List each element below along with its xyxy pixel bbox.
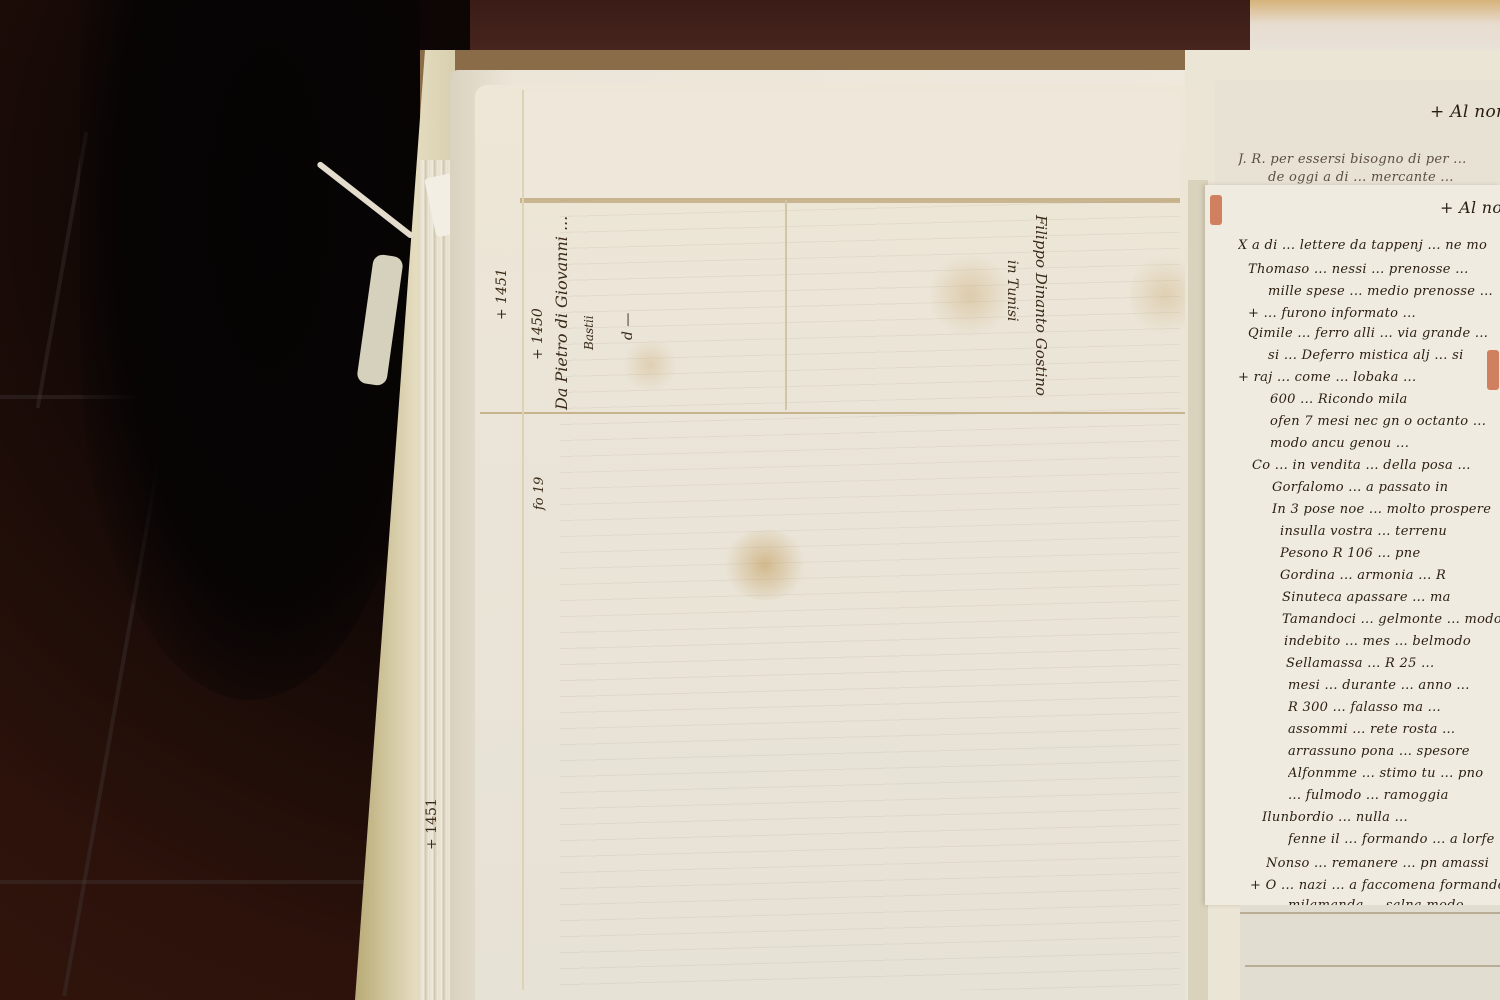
letter-line: Sellamassa ... R 25 ... (1286, 656, 1500, 671)
letter-line: Gordina ... armonia ... R (1280, 568, 1500, 583)
water-stain (930, 250, 1010, 340)
letter-line: ofen 7 mesi nec gn o octanto ... (1270, 414, 1500, 429)
letter-line: arrassuno pona ... spesore (1288, 744, 1500, 759)
letter-line: ... fulmodo ... ramoggia (1288, 788, 1500, 803)
letter-line: si ... Deferro mistica alj ... si (1268, 348, 1500, 363)
upper-letter-line: de oggi a di ... mercante ... (1268, 170, 1500, 185)
letter-top-fold (520, 90, 1180, 203)
letter-line: fenne il ... formando ... a lorfe (1288, 832, 1500, 847)
letter-line: mille spese ... medio prenosse ... (1268, 284, 1500, 299)
letter-line: R 300 ... falasso ma ... (1288, 700, 1500, 715)
annotation-sender-address: Da Pietro di Giovanni ... (552, 216, 571, 410)
torn-sheet-below (1240, 905, 1500, 1000)
annotation-year-1451: + 1451 (494, 268, 510, 320)
floor-tile-grout (0, 880, 400, 884)
letter-line: Thomaso ... nessi ... prenosse ... (1248, 262, 1500, 277)
letter-line: modo ancu genou ... (1270, 436, 1500, 451)
letter-line: Ilunbordio ... nulla ... (1262, 810, 1500, 825)
faint-text-lines (560, 200, 1180, 990)
fold-line (480, 412, 1200, 414)
letter-line: Nonso ... remanere ... pn amassi (1266, 856, 1500, 871)
letter-line: Tamandoci ... gelmonte ... modo (1282, 612, 1500, 627)
letter-line: mesi ... durante ... anno ... (1288, 678, 1500, 693)
letter-line: assommi ... rete rosta ... (1288, 722, 1500, 737)
letter-line: insulla vostra ... terrenu (1280, 524, 1500, 539)
letter-line: In 3 pose noe ... molto prospere (1272, 502, 1500, 517)
letter-line: + O ... nazi ... a faccomena formando ..… (1250, 878, 1500, 893)
torn-edge (1245, 965, 1500, 967)
upper-invocation: + Al nome (1430, 102, 1500, 122)
letter-line: Pesono R 106 ... pne (1280, 546, 1500, 561)
annotation-recipient-place: in Tunisi (1004, 260, 1020, 321)
letter-line: Qimile ... ferro alli ... via grande ... (1248, 326, 1500, 341)
red-wax-mark (1210, 195, 1222, 225)
main-invocation: + Al no (1440, 198, 1500, 217)
letter-line: Sinuteca apassare ... ma (1282, 590, 1500, 605)
water-stain (720, 530, 810, 600)
annotation-recipient: Filippo Dinanto Gostino (1032, 215, 1050, 396)
water-stain (620, 340, 680, 390)
letter-line: Gorfalomo ... a passato in (1272, 480, 1500, 495)
fold-line (785, 200, 787, 410)
annotation-mark: d — (620, 313, 636, 340)
annotation-address-line-2: Bastii (582, 315, 596, 350)
annotation-spine-year: + 1451 (424, 798, 440, 850)
fold-line (520, 198, 1180, 200)
torn-edge (1240, 912, 1500, 914)
letter-line: + ... furono informato ... (1248, 306, 1500, 321)
fold-line (522, 90, 524, 990)
upper-letter-line: J. R. per essersi bisogno di per ... (1238, 152, 1500, 167)
letter-line: indebito ... mes ... belmodo (1284, 634, 1500, 649)
letter-line: + raj ... come ... lobaka ... (1238, 370, 1500, 385)
annotation-folio: fo 19 (532, 477, 547, 510)
letter-line: X a di ... lettere da tappenj ... ne mo (1238, 238, 1500, 253)
letter-line: Alfonmme ... stimo tu ... pno (1288, 766, 1500, 781)
letter-line: 600 ... Ricondo mila (1270, 392, 1500, 407)
annotation-year-1450: + 1450 (530, 308, 546, 360)
letter-line: Co ... in vendita ... della posa ... (1252, 458, 1500, 473)
